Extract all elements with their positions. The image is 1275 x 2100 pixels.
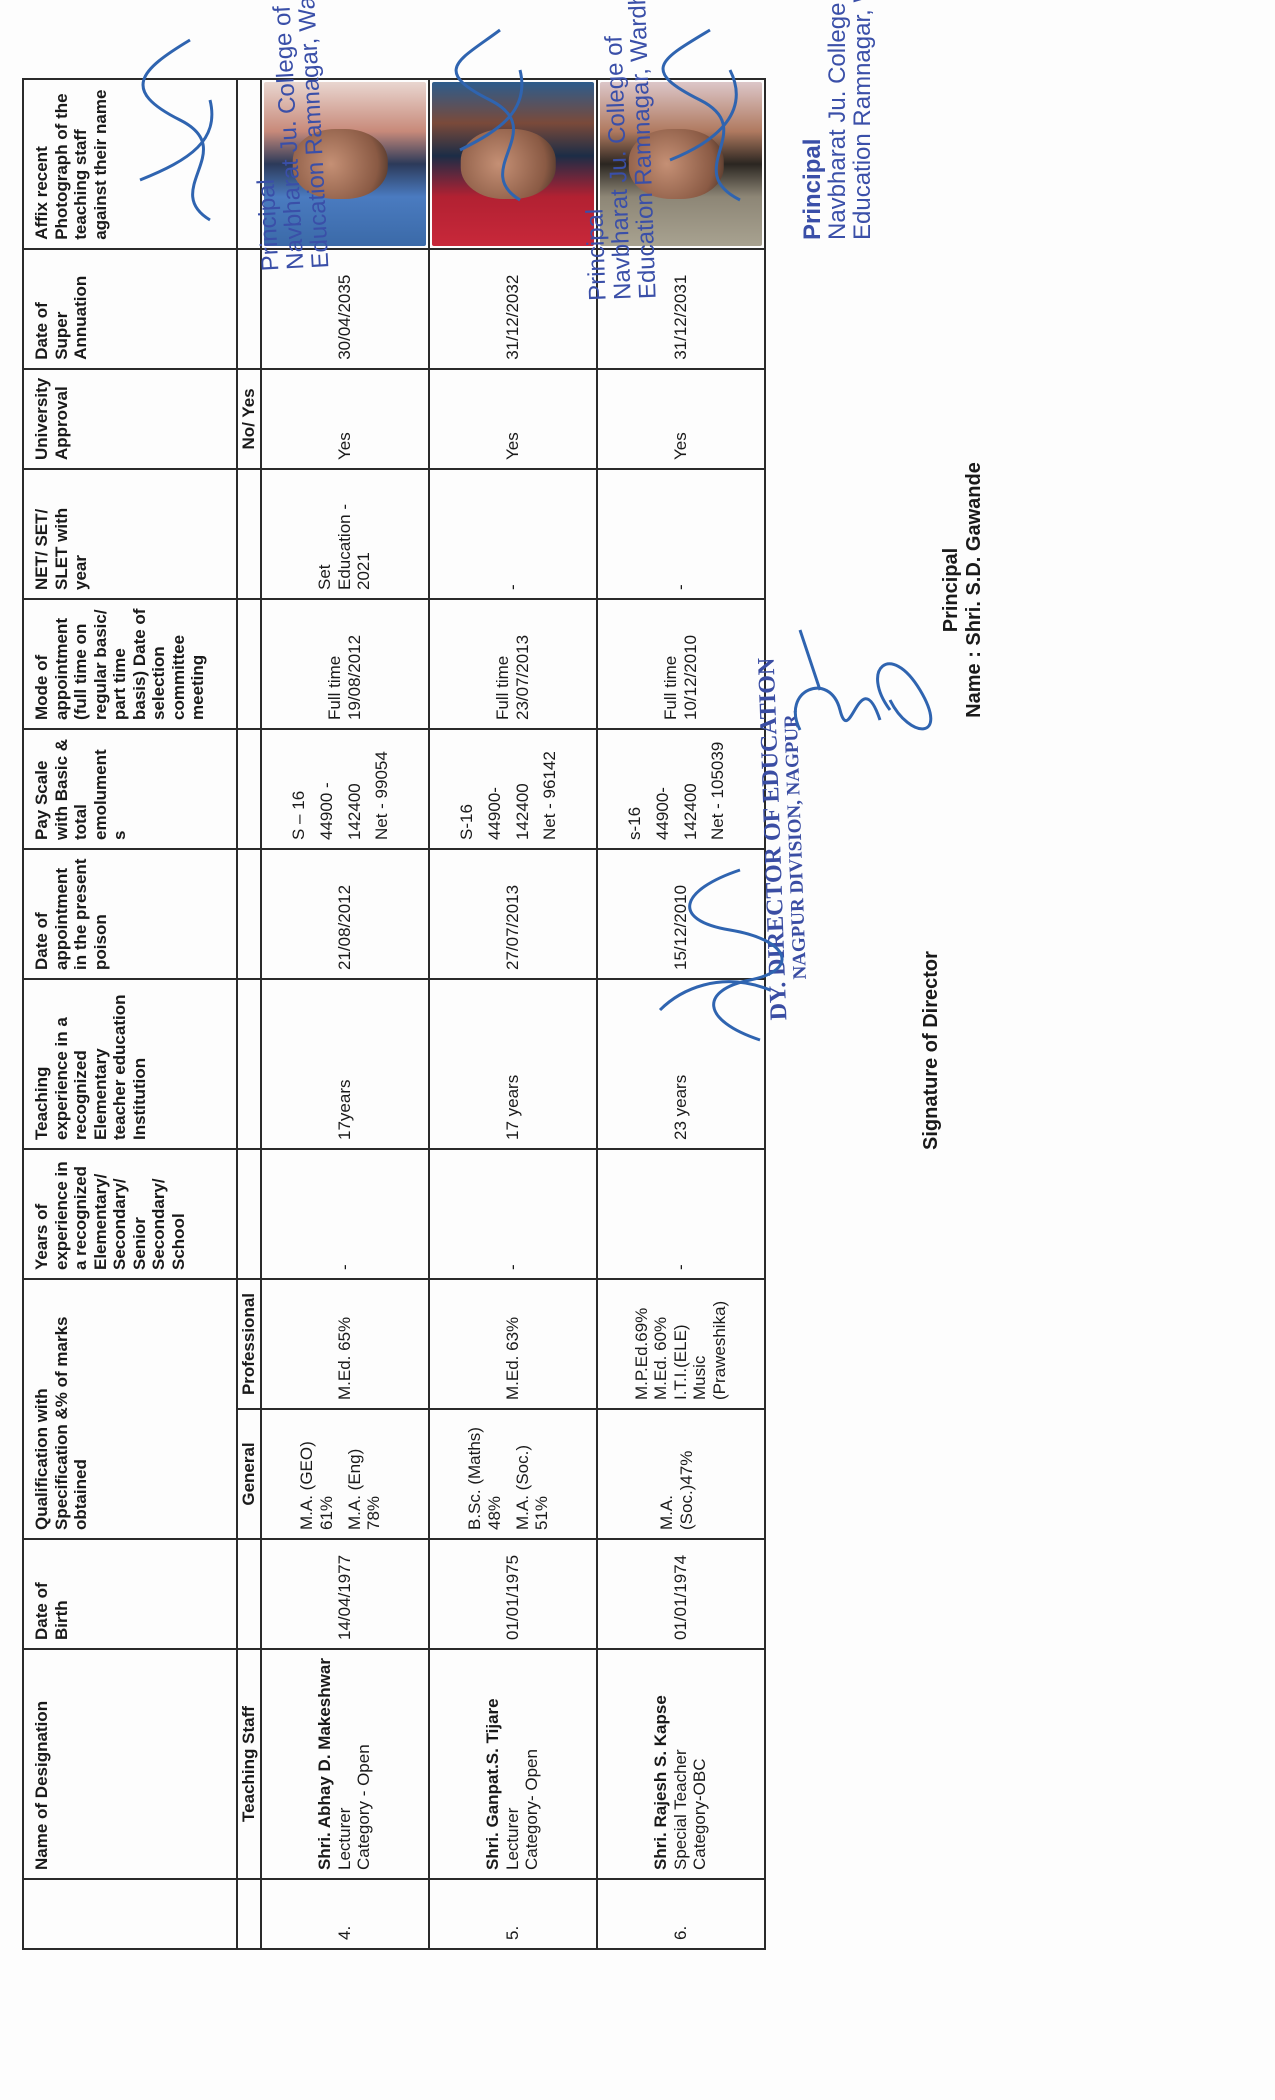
col-header-qualification: Qualification with Specification &% of m… <box>23 1279 237 1539</box>
pay-scale: S – 1644900 -142400Net - 99054 <box>261 729 429 849</box>
staff-name-cell: Shri. Rajesh S. Kapse Special Teacher Ca… <box>597 1649 765 1879</box>
net-set-slet-line: Set <box>315 478 335 590</box>
date-of-appointment: 27/07/2013 <box>429 849 597 979</box>
serial-number: 6. <box>597 1879 765 1949</box>
sub-header-row: Teaching Staff General Professional No/ … <box>237 79 261 1949</box>
net-set-slet-line: Education - <box>335 478 355 590</box>
mode-of-appointment-line: Full time <box>661 608 681 720</box>
principal-name: Name : Shri. S.D. Gawande <box>963 410 986 770</box>
col-header-teaching-exp: Teaching experience in a recognized Elem… <box>23 979 237 1149</box>
col-header-net: NET/ SET/ SLET with year <box>23 469 237 599</box>
qualification-general-line: M.A. (Soc.) 51% <box>513 1418 552 1530</box>
director-signature-label: Signature of Director <box>920 951 943 1150</box>
pay-scale-line: S – 16 <box>289 738 309 840</box>
principal-signature <box>780 610 940 750</box>
col-header-dob: Date of Birth <box>23 1539 237 1649</box>
photo-signature-1 <box>120 20 240 240</box>
net-set-slet-line: - <box>503 478 523 590</box>
table-row: 5. Shri. Ganpat.S. Tijare Lecturer Categ… <box>429 79 597 1949</box>
net-set-slet-line: 2021 <box>354 478 374 590</box>
mode-of-appointment-line: Full time <box>325 608 345 720</box>
qualification-professional-line: M.Ed. 60% <box>651 1288 671 1400</box>
mode-of-appointment-line: 10/12/2010 <box>681 608 701 720</box>
mode-of-appointment: Full time19/08/2012 <box>261 599 429 729</box>
col-header-sno <box>23 1879 237 1949</box>
qualification-general-line: M.A. (GEO) 61% <box>297 1418 336 1530</box>
teaching-experience: 17years <box>261 979 429 1149</box>
staff-category: Category-OBC <box>690 1658 710 1870</box>
date-of-superannuation: 31/12/2032 <box>429 249 597 369</box>
staff-name: Shri. Ganpat.S. Tijare <box>483 1658 503 1870</box>
staff-designation: Lecturer <box>503 1658 523 1870</box>
col-header-university: University Approval <box>23 369 237 469</box>
qualification-professional: M.Ed. 63% <box>429 1279 597 1409</box>
pay-scale-line: S-16 <box>457 738 477 840</box>
pay-scale-line: 44900- <box>485 738 505 840</box>
university-approval: Yes <box>429 369 597 469</box>
staff-name-cell: Shri. Ganpat.S. Tijare Lecturer Category… <box>429 1649 597 1879</box>
pay-scale-line: Net - 105039 <box>708 738 728 840</box>
qualification-professional-line: M.P.Ed.69% <box>632 1288 652 1400</box>
principal-stamp-corner: Principal Navbharat Ju. College of Educa… <box>800 0 876 240</box>
qualification-general: M.A. (GEO) 61%M.A. (Eng) 78% <box>261 1409 429 1539</box>
qualification-general-line: M.A. (Soc.)47% <box>657 1418 696 1530</box>
principal-footer: Principal Name : Shri. S.D. Gawande <box>940 410 986 770</box>
principal-label: Principal <box>940 410 963 770</box>
qualification-professional: M.P.Ed.69%M.Ed. 60%I.T.I.(ELE)Music (Pra… <box>597 1279 765 1409</box>
staff-name: Shri. Rajesh S. Kapse <box>651 1658 671 1870</box>
col-header-name: Name of Designation <box>23 1649 237 1879</box>
university-approval: Yes <box>597 369 765 469</box>
date-of-birth: 01/01/1975 <box>429 1539 597 1649</box>
teaching-experience: 17 years <box>429 979 597 1149</box>
qualification-professional-line: I.T.I.(ELE) <box>671 1288 691 1400</box>
staff-name: Shri. Abhay D. Makeshwar <box>315 1658 335 1870</box>
pay-scale-line: s-16 <box>625 738 645 840</box>
pay-scale-line: Net - 96142 <box>540 738 560 840</box>
photo-signature-2 <box>440 20 560 220</box>
qualification-professional: M.Ed. 65% <box>261 1279 429 1409</box>
mode-of-appointment-line: 19/08/2012 <box>345 608 365 720</box>
staff-category: Category- Open <box>522 1658 542 1870</box>
table-row: 4. Shri. Abhay D. Makeshwar Lecturer Cat… <box>261 79 429 1949</box>
years-school-experience: - <box>597 1149 765 1279</box>
sub-header-general: General <box>237 1409 261 1539</box>
pay-scale: S-1644900-142400Net - 96142 <box>429 729 597 849</box>
date-of-appointment: 21/08/2012 <box>261 849 429 979</box>
pay-scale-line: Net - 99054 <box>372 738 392 840</box>
col-header-pay-scale: Pay Scale with Basic & total emolument s <box>23 729 237 849</box>
sub-header-no-yes: No/ Yes <box>237 369 261 469</box>
qualification-professional-line: M.Ed. 63% <box>503 1288 523 1400</box>
staff-designation: Lecturer <box>335 1658 355 1870</box>
pay-scale-line: 142400 <box>513 738 533 840</box>
mode-of-appointment: Full time23/07/2013 <box>429 599 597 729</box>
pay-scale-line: 142400 <box>345 738 365 840</box>
qualification-general: M.A. (Soc.)47% <box>597 1409 765 1539</box>
mode-of-appointment-line: 23/07/2013 <box>513 608 533 720</box>
date-of-birth: 01/01/1974 <box>597 1539 765 1649</box>
pay-scale-line: 142400 <box>681 738 701 840</box>
qualification-general: B.Sc. (Maths) 48%M.A. (Soc.) 51% <box>429 1409 597 1539</box>
net-set-slet-line: - <box>671 478 691 590</box>
staff-category: Category - Open <box>354 1658 374 1870</box>
col-header-mode: Mode of appointment (full time on regula… <box>23 599 237 729</box>
serial-number: 5. <box>429 1879 597 1949</box>
pay-scale-line: 44900- <box>653 738 673 840</box>
photo-signature-3 <box>640 20 780 220</box>
col-header-superannuation: Date of Super Annuation <box>23 249 237 369</box>
serial-number: 4. <box>261 1879 429 1949</box>
qualification-professional-line: Music (Praweshika) <box>690 1288 729 1400</box>
principal-stamp-1: Principal Navbharat Ju. College of Educa… <box>242 0 334 272</box>
pay-scale: s-1644900-142400Net - 105039 <box>597 729 765 849</box>
director-signature <box>640 850 790 1050</box>
staff-name-cell: Shri. Abhay D. Makeshwar Lecturer Catego… <box>261 1649 429 1879</box>
pay-scale-line: 44900 - <box>317 738 337 840</box>
header-row: Name of Designation Date of Birth Qualif… <box>23 79 237 1949</box>
years-school-experience: - <box>429 1149 597 1279</box>
net-set-slet: - <box>597 469 765 599</box>
net-set-slet: - <box>429 469 597 599</box>
university-approval: Yes <box>261 369 429 469</box>
qualification-general-line: M.A. (Eng) 78% <box>345 1418 384 1530</box>
qualification-general-line: B.Sc. (Maths) 48% <box>465 1418 504 1530</box>
years-school-experience: - <box>261 1149 429 1279</box>
mode-of-appointment: Full time10/12/2010 <box>597 599 765 729</box>
net-set-slet: SetEducation -2021 <box>261 469 429 599</box>
qualification-professional-line: M.Ed. 65% <box>335 1288 355 1400</box>
staff-designation: Special Teacher <box>671 1658 691 1870</box>
section-label: Teaching Staff <box>237 1649 261 1879</box>
mode-of-appointment-line: Full time <box>493 608 513 720</box>
col-header-date-appointment: Date of appointment in the present poiso… <box>23 849 237 979</box>
date-of-birth: 14/04/1977 <box>261 1539 429 1649</box>
col-header-years-school: Years of experience in a recognized Elem… <box>23 1149 237 1279</box>
document-page: Name of Designation Date of Birth Qualif… <box>0 0 1275 2100</box>
sub-header-professional: Professional <box>237 1279 261 1409</box>
